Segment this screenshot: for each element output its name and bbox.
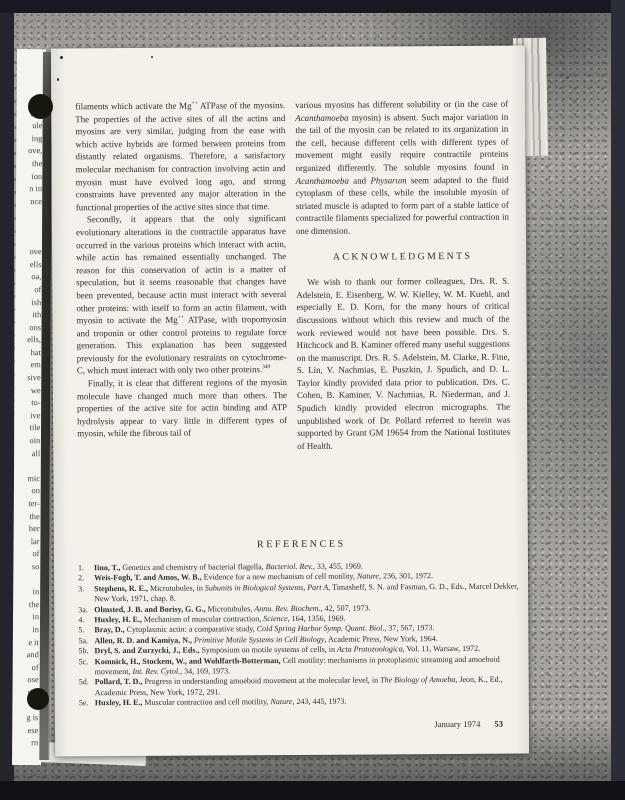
reference-item: 3. Stephens, R. E., Microtubules, in Sub…: [78, 581, 525, 605]
edge-text-fragment: [16, 221, 42, 234]
hole-punch-bottom: [27, 688, 49, 710]
hole-punch-top: [28, 94, 53, 119]
reference-text: Huxley, H. E., Muscular contraction and …: [95, 696, 526, 709]
edge-text-fragment: in: [13, 586, 39, 599]
edge-text-fragment: her: [14, 523, 40, 536]
edge-text-fragment: ells,: [15, 334, 41, 347]
reference-item: 5e. Huxley, H. E., Muscular contraction …: [79, 696, 526, 709]
reference-item: 5d. Pollard, T. D., Progress in understa…: [79, 675, 526, 699]
reference-text: Stephens, R. E., Microtubules, in Subuni…: [94, 581, 525, 604]
edge-text-fragment: lar: [14, 536, 40, 549]
edge-text-fragment: tile: [14, 422, 40, 435]
references-heading: REFERENCES: [78, 538, 525, 552]
scan-border-top: [0, 0, 625, 13]
ink-speck: [151, 56, 153, 58]
page-footer: January 197453: [434, 719, 503, 729]
acknowledgments-heading: ACKNOWLEDGMENTS: [296, 250, 509, 264]
edge-text-fragment: ove: [16, 246, 42, 259]
body-paragraph: Finally, it is clear that different regi…: [77, 376, 287, 440]
edge-text-fragment: in: [13, 624, 39, 637]
edge-text-fragment: ells: [15, 259, 41, 272]
edge-text-fragment: mic: [14, 473, 40, 486]
reference-number: 5a.: [78, 636, 94, 647]
edge-text-fragment: ons: [15, 322, 41, 335]
edge-text-fragment: the: [13, 599, 39, 612]
edge-text-fragment: ule: [16, 120, 42, 133]
edge-text-fragment: [13, 574, 39, 587]
ink-speck: [57, 78, 59, 81]
edge-text-fragment: we: [15, 385, 41, 398]
edge-text-fragment: oa,: [15, 271, 41, 284]
edge-text-fragment: nce: [16, 196, 42, 209]
edge-text-fragment: hat: [15, 347, 41, 360]
edge-text-fragment: so: [13, 561, 39, 574]
edge-text-fragment: of: [13, 662, 39, 675]
left-column: filaments which activate the Mg++ ATPase…: [75, 99, 287, 440]
edge-text-fragment: ith: [15, 309, 41, 322]
edge-text-fragment: ish: [15, 296, 41, 309]
footer-issue-date: January 1974: [434, 719, 480, 729]
edge-text-fragment: the: [14, 511, 40, 524]
edge-text-fragment: rn: [12, 737, 38, 750]
edge-text-fragment: ing: [16, 133, 42, 146]
edge-text-fragment: ove,: [16, 145, 42, 158]
edge-text-fragment: in: [13, 611, 39, 624]
body-paragraph: various myosins has different solubility…: [295, 98, 509, 238]
edge-text-fragment: [16, 208, 42, 221]
edge-text-fragment: [16, 234, 42, 247]
scan-border-bottom: [0, 781, 625, 800]
reference-number: 3a.: [78, 605, 94, 616]
edge-text-fragment: the: [16, 158, 42, 171]
reference-text: Pollard, T. D., Progress in understandin…: [95, 675, 526, 698]
edge-text-fragment: all: [14, 448, 40, 461]
edge-text-fragment: ion: [16, 171, 42, 184]
ink-speck: [566, 76, 569, 79]
reference-number: 3.: [78, 584, 94, 605]
edge-text-fragment: ter-: [14, 498, 40, 511]
references-list: 1. Iino, T., Genetics and chemistry of b…: [78, 561, 526, 709]
edge-text-fragment: e it: [13, 637, 39, 650]
journal-page: filaments which activate the Mg++ ATPase…: [51, 46, 529, 757]
reference-number: 5.: [78, 626, 94, 637]
body-paragraph: filaments which activate the Mg++ ATPase…: [75, 99, 286, 214]
reference-number: 5e.: [79, 698, 95, 709]
edge-text-fragment: oin: [14, 435, 40, 448]
edge-text-fragment: em: [15, 359, 41, 372]
edge-text-fragment: to-: [14, 397, 40, 410]
edge-text-fragment: ive: [14, 410, 40, 423]
footer-page-number: 53: [494, 719, 503, 729]
scan-border-right: [611, 0, 625, 800]
reference-number: 5d.: [79, 678, 95, 699]
edge-text-fragment: [14, 460, 40, 473]
reference-text: Komnick, H., Stockem, W., and Wohlfarth-…: [95, 654, 526, 677]
edge-text-fragment: and: [13, 649, 39, 662]
reference-number: 1.: [78, 563, 94, 574]
reference-number: 5b.: [78, 646, 94, 657]
reference-number: 4.: [78, 615, 94, 626]
reference-number: 5c.: [79, 657, 95, 678]
right-column: various myosins has different solubility…: [295, 98, 510, 453]
edge-text-fragment: sive: [15, 372, 41, 385]
edge-text-fragment: of: [15, 284, 41, 297]
edge-text-fragment: of: [13, 548, 39, 561]
edge-text-fragment: on: [14, 485, 40, 498]
reference-item: 5c. Komnick, H., Stockem, W., and Wohlfa…: [79, 654, 526, 678]
acknowledgments-text: We wish to thank our former colleagues, …: [296, 275, 510, 453]
body-paragraph: Secondly, it appears that the only signi…: [76, 212, 287, 377]
edge-text-fragment: ese: [12, 725, 38, 738]
edge-text-fragment: g is: [12, 712, 38, 725]
reference-number: 2.: [78, 574, 94, 585]
edge-text-fragment: ose: [13, 674, 39, 687]
edge-text-fragment: n in: [16, 183, 42, 196]
references-section: REFERENCES 1. Iino, T., Genetics and che…: [78, 538, 526, 709]
ink-speck: [60, 56, 63, 59]
photocopy-scan: f a nts, ule ing ove, the ion n in nce o…: [0, 0, 625, 800]
